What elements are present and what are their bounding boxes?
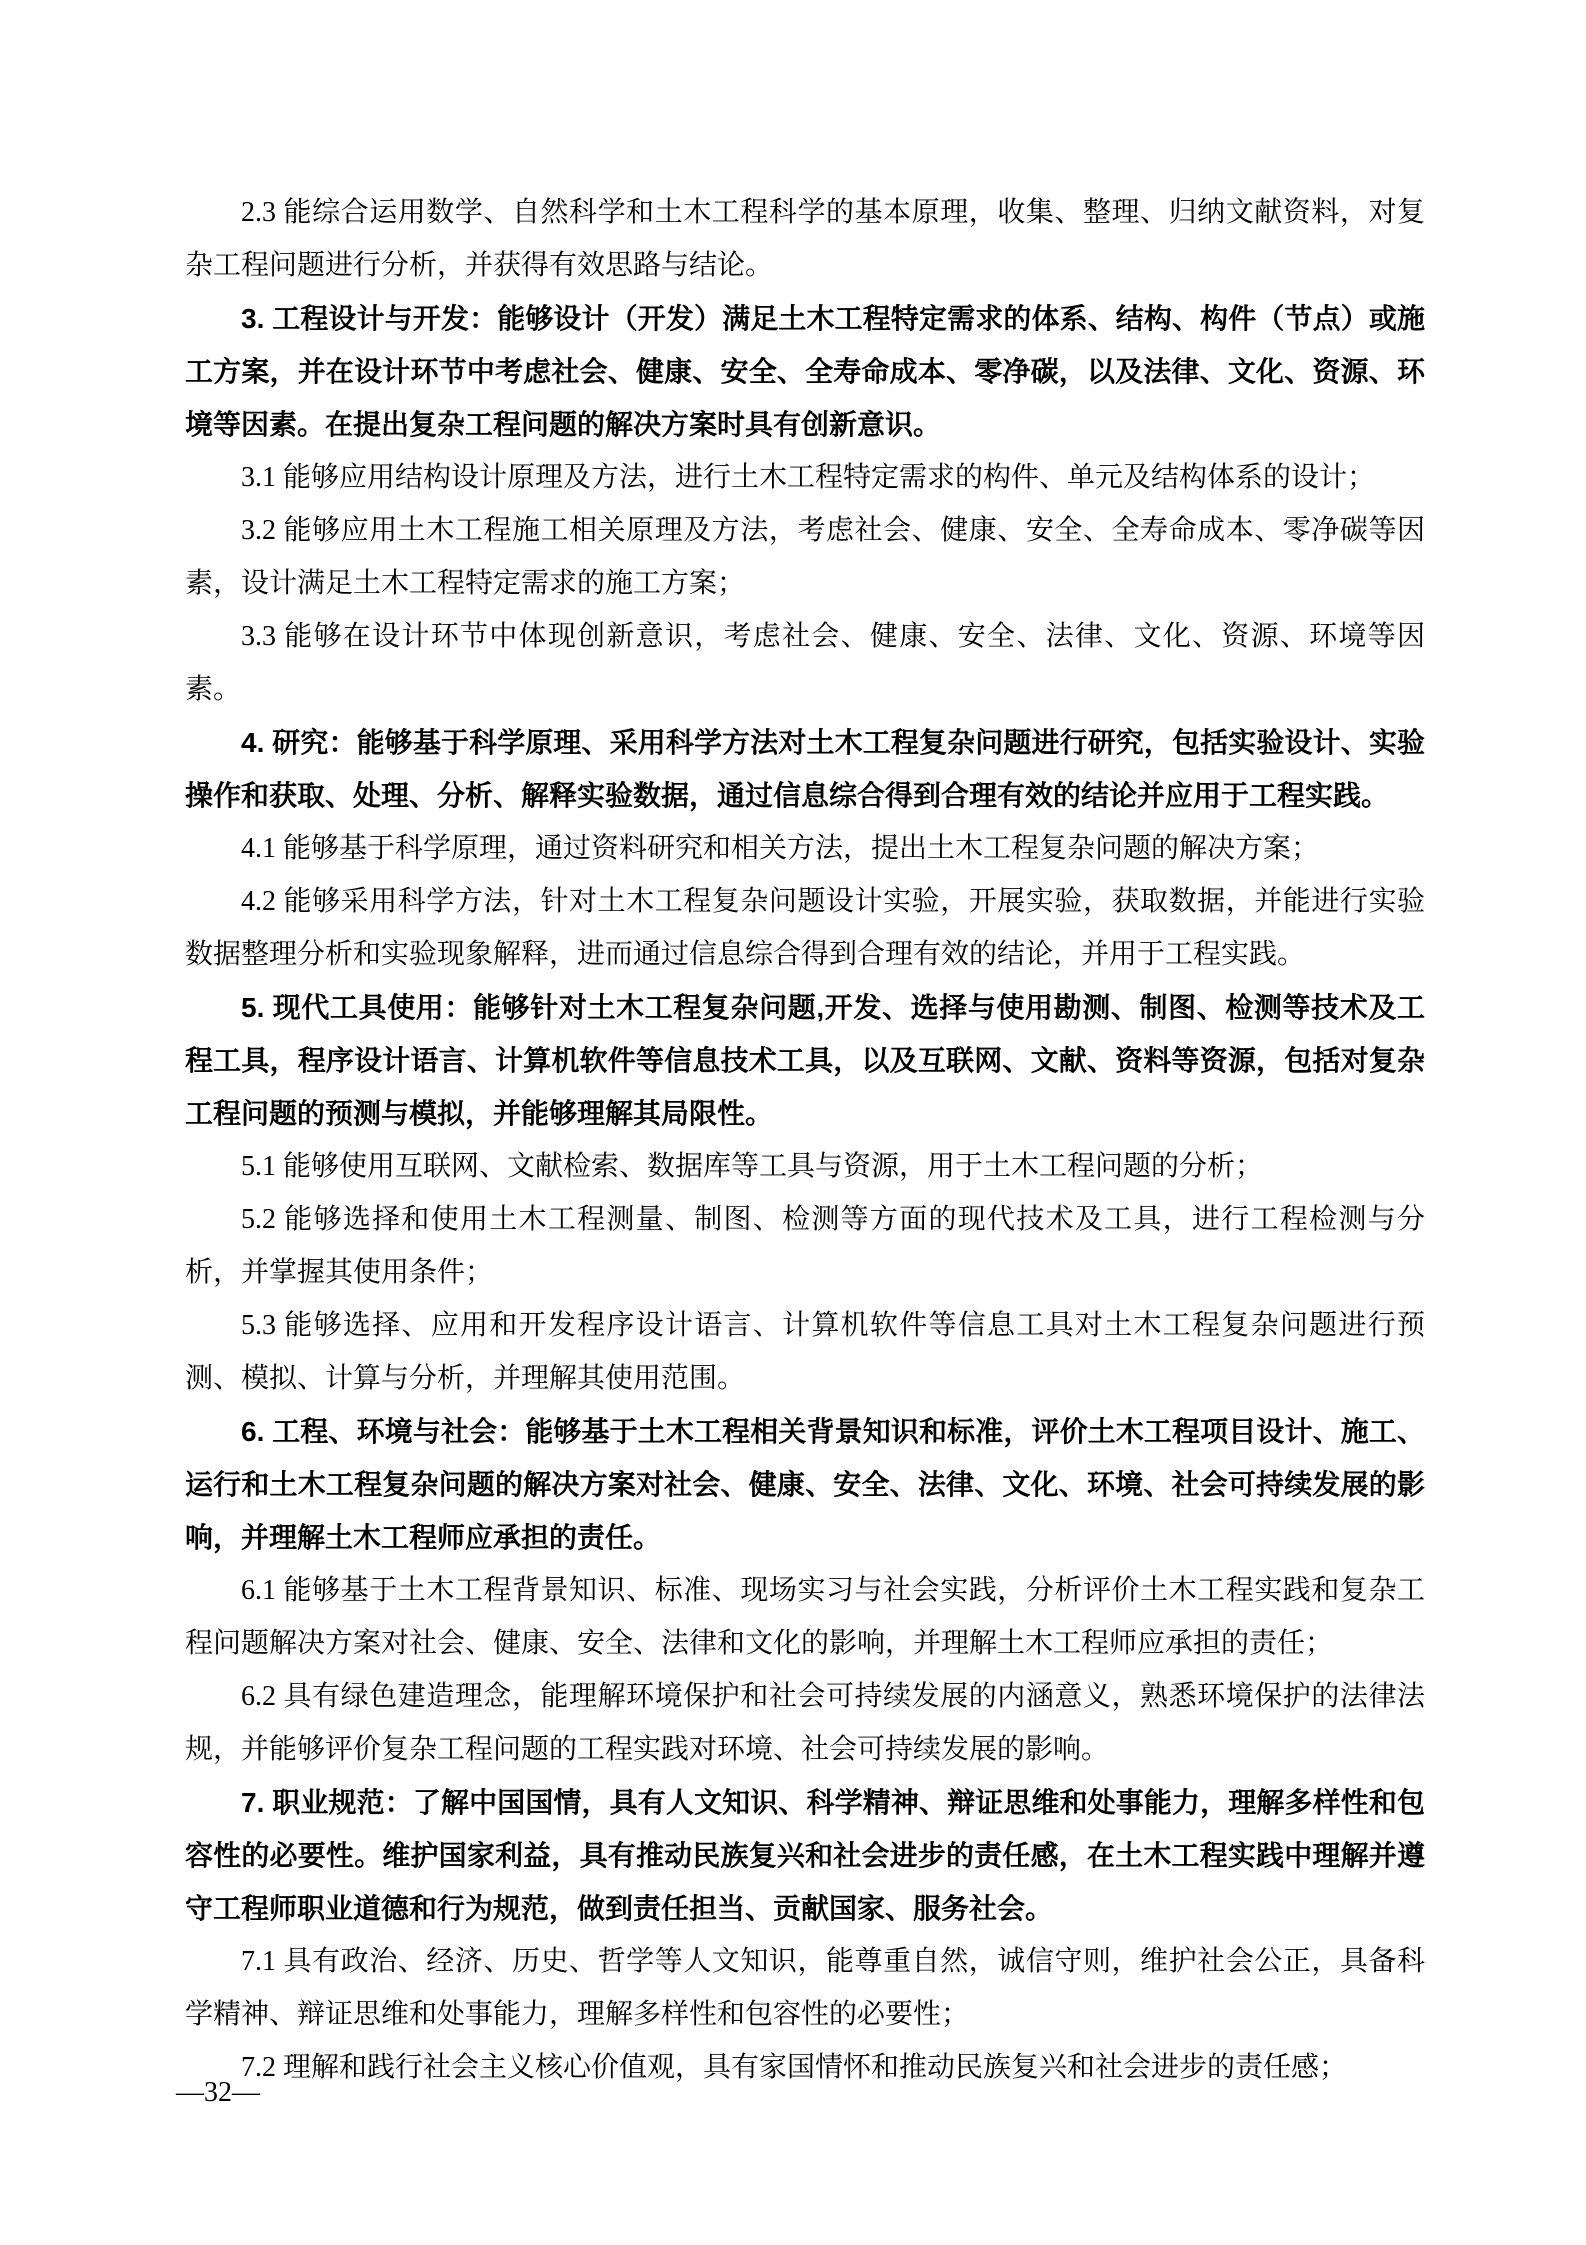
requirement-heading-5: 5. 现代工具使用：能够针对土木工程复杂问题,开发、选择与使用勘测、制图、检测等… [185, 981, 1425, 1140]
requirement-heading-3: 3. 工程设计与开发：能够设计（开发）满足土木工程特定需求的体系、结构、构件（节… [185, 292, 1425, 451]
paragraph-4-2: 4.2 能够采用科学方法，针对土木工程复杂问题设计实验，开展实验，获取数据，并能… [185, 875, 1425, 981]
paragraph-5-3: 5.3 能够选择、应用和开发程序设计语言、计算机软件等信息工具对土木工程复杂问题… [185, 1299, 1425, 1405]
document-page: 2.3 能综合运用数学、自然科学和土木工程科学的基本原理，收集、整理、归纳文献资… [0, 0, 1586, 2245]
requirement-heading-4: 4. 研究：能够基于科学原理、采用科学方法对土木工程复杂问题进行研究，包括实验设… [185, 716, 1425, 822]
paragraph-6-2: 6.2 具有绿色建造理念，能理解环境保护和社会可持续发展的内涵意义，熟悉环境保护… [185, 1670, 1425, 1776]
document-body-text: 2.3 能综合运用数学、自然科学和土木工程科学的基本原理，收集、整理、归纳文献资… [185, 186, 1425, 2094]
paragraph-3-1: 3.1 能够应用结构设计原理及方法，进行土木工程特定需求的构件、单元及结构体系的… [185, 451, 1425, 504]
paragraph-4-1: 4.1 能够基于科学原理，通过资料研究和相关方法，提出土木工程复杂问题的解决方案… [185, 822, 1425, 875]
paragraph-6-1: 6.1 能够基于土木工程背景知识、标准、现场实习与社会实践，分析评价土木工程实践… [185, 1564, 1425, 1670]
paragraph-3-3: 3.3 能够在设计环节中体现创新意识，考虑社会、健康、安全、法律、文化、资源、环… [185, 610, 1425, 716]
requirement-heading-6: 6. 工程、环境与社会：能够基于土木工程相关背景知识和标准，评价土木工程项目设计… [185, 1405, 1425, 1564]
paragraph-2-3: 2.3 能综合运用数学、自然科学和土木工程科学的基本原理，收集、整理、归纳文献资… [185, 186, 1425, 292]
page-number: —32— [176, 2066, 260, 2119]
requirement-heading-7: 7. 职业规范：了解中国国情，具有人文知识、科学精神、辩证思维和处事能力，理解多… [185, 1776, 1425, 1935]
paragraph-7-2: 7.2 理解和践行社会主义核心价值观，具有家国情怀和推动民族复兴和社会进步的责任… [185, 2041, 1425, 2094]
paragraph-7-1: 7.1 具有政治、经济、历史、哲学等人文知识，能尊重自然，诚信守则，维护社会公正… [185, 1935, 1425, 2041]
paragraph-5-1: 5.1 能够使用互联网、文献检索、数据库等工具与资源，用于土木工程问题的分析； [185, 1140, 1425, 1193]
paragraph-5-2: 5.2 能够选择和使用土木工程测量、制图、检测等方面的现代技术及工具，进行工程检… [185, 1193, 1425, 1299]
paragraph-3-2: 3.2 能够应用土木工程施工相关原理及方法，考虑社会、健康、安全、全寿命成本、零… [185, 504, 1425, 610]
